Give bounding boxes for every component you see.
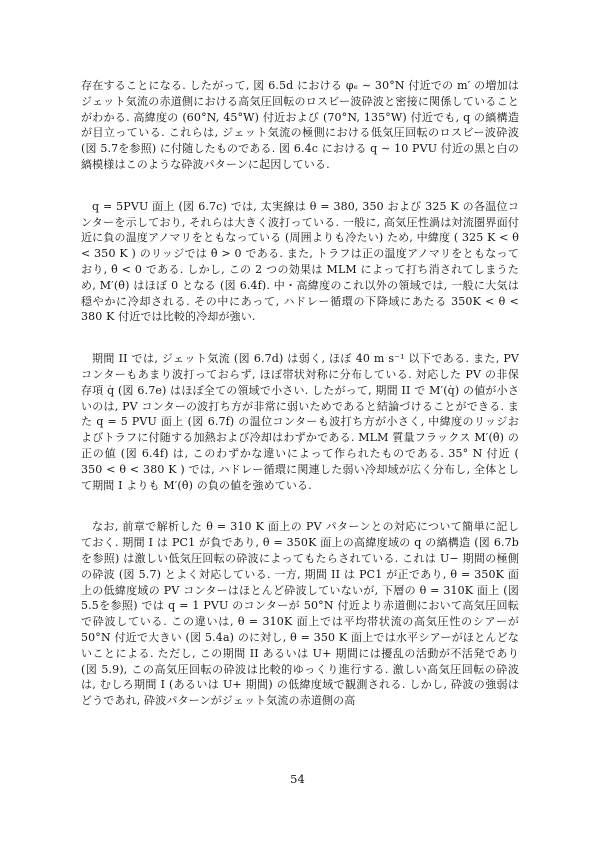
document-page: 存在することになる. したがって, 図 6.5d における φₑ ∼ 30°N … (0, 0, 595, 842)
paragraph-4: なお, 前章で解析した θ = 310 K 面上の PV パターンとの対応につい… (81, 519, 519, 709)
body-text: 存在することになる. したがって, 図 6.5d における φₑ ∼ 30°N … (81, 78, 519, 735)
page-number: 54 (0, 772, 595, 786)
paragraph-2: q = 5PVU 面上 (図 6.7c) では, 太実線は θ = 380, 3… (81, 199, 519, 325)
paragraph-3: 期間 II では, ジェット気流 (図 6.7d) は弱く, ほぼ 40 m s… (81, 351, 519, 493)
paragraph-1: 存在することになる. したがって, 図 6.5d における φₑ ∼ 30°N … (81, 78, 519, 173)
